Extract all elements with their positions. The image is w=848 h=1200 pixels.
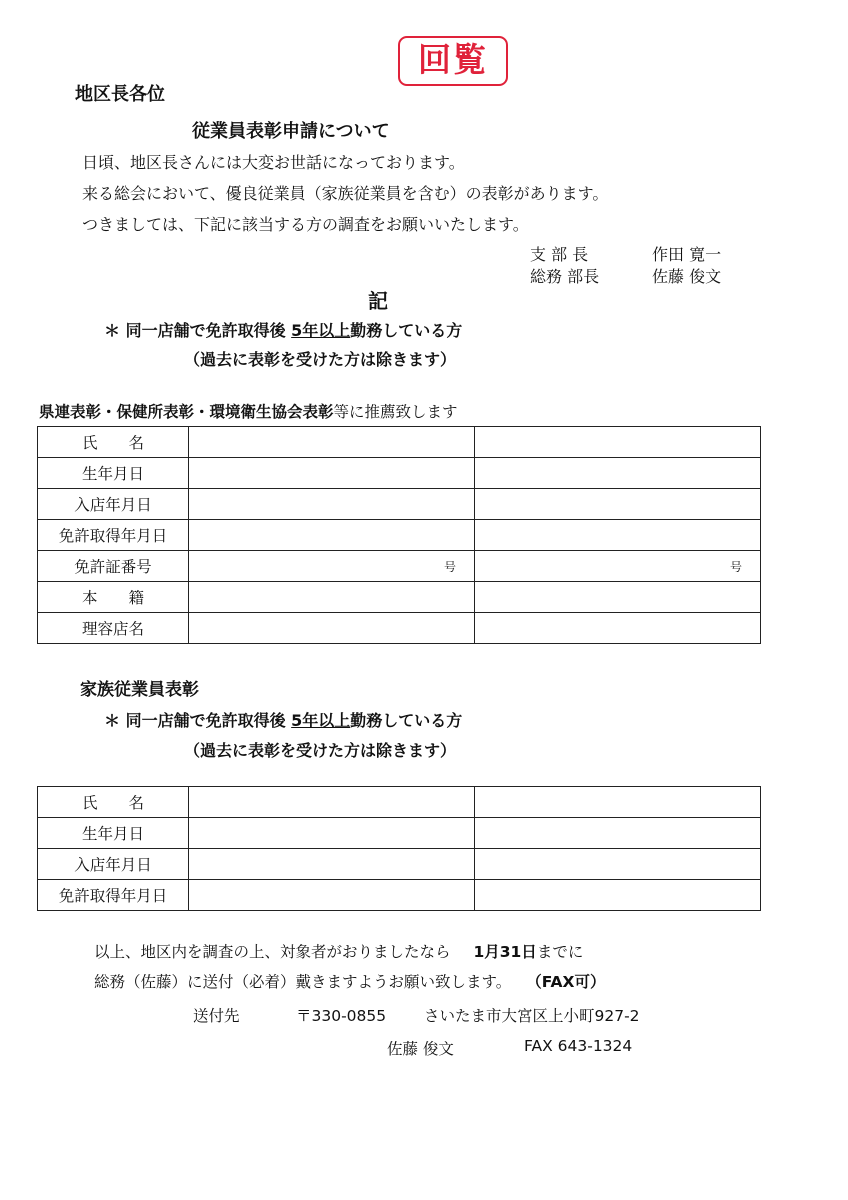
entry-field[interactable]: [475, 818, 761, 849]
entry-field[interactable]: [475, 427, 761, 458]
entry-field[interactable]: [189, 849, 475, 880]
award-types: 県連表彰・保健所表彰・環境衛生協会表彰: [39, 403, 334, 421]
signatory-role-2: 総務 部長: [530, 264, 599, 287]
footer-line-1: 以上、地区内を調査の上、対象者がおりましたなら 1月31日までに: [94, 940, 583, 962]
entry-field[interactable]: [475, 880, 761, 911]
footer-text: 以上、地区内を調査の上、対象者がおりましたなら: [94, 943, 451, 961]
criteria-years: 5年以上: [291, 321, 350, 340]
entry-field[interactable]: [189, 880, 475, 911]
table-row: 免許証番号号号: [38, 551, 761, 582]
row-label: 免許取得年月日: [38, 880, 189, 911]
criteria-2: ＊ 同一店舗で免許取得後 5年以上勤務している方: [104, 708, 462, 731]
table-row: 氏 名: [38, 427, 761, 458]
send-to-label: 送付先: [193, 1004, 240, 1026]
contact-name: 佐藤 俊文: [387, 1037, 454, 1059]
criteria-suffix: 勤務している方: [350, 711, 462, 730]
entry-field[interactable]: [475, 458, 761, 489]
entry-field[interactable]: [475, 849, 761, 880]
row-label: 氏 名: [38, 787, 189, 818]
document-title: 従業員表彰申請について: [192, 117, 390, 143]
criteria-1: ＊ 同一店舗で免許取得後 5年以上勤務している方: [104, 318, 462, 341]
recommend-line: 県連表彰・保健所表彰・環境衛生協会表彰等に推薦致します: [39, 400, 458, 422]
row-label: 入店年月日: [38, 849, 189, 880]
entry-field[interactable]: [189, 818, 475, 849]
exclusion-2: （過去に表彰を受けた方は除きます）: [184, 738, 456, 761]
entry-field[interactable]: [189, 427, 475, 458]
criteria-prefix: ＊ 同一店舗で免許取得後: [104, 711, 291, 730]
table-row: 入店年月日: [38, 849, 761, 880]
family-employee-award-form: 氏 名 生年月日 入店年月日 免許取得年月日: [37, 786, 761, 911]
entry-field[interactable]: [189, 520, 475, 551]
row-label: 本 籍: [38, 582, 189, 613]
family-section-heading: 家族従業員表彰: [80, 675, 199, 700]
table-row: 本 籍: [38, 582, 761, 613]
exclusion-1: （過去に表彰を受けた方は除きます）: [184, 347, 456, 370]
entry-field[interactable]: [189, 582, 475, 613]
address: さいたま市大宮区上小町927-2: [424, 1004, 640, 1026]
postal-code: 〒330-0855: [296, 1004, 386, 1026]
table-row: 氏 名: [38, 787, 761, 818]
row-label: 免許取得年月日: [38, 520, 189, 551]
table-row: 生年月日: [38, 458, 761, 489]
employee-award-form: 氏 名 生年月日 入店年月日 免許取得年月日 免許証番号号号 本 籍 理容店名: [37, 426, 761, 644]
footer-text: 総務（佐藤）に送付（必着）戴きますようお願い致します。: [94, 973, 511, 991]
entry-field[interactable]: [189, 787, 475, 818]
entry-field[interactable]: [475, 787, 761, 818]
intro-line-2: 来る総会において、優良従業員（家族従業員を含む）の表彰があります。: [82, 181, 608, 204]
row-label: 理容店名: [38, 613, 189, 644]
deadline: 1月31日: [473, 943, 536, 961]
license-number-field[interactable]: 号: [189, 551, 475, 582]
table-row: 免許取得年月日: [38, 520, 761, 551]
row-label: 生年月日: [38, 818, 189, 849]
criteria-years: 5年以上: [291, 711, 350, 730]
number-suffix: 号: [730, 558, 742, 575]
table-row: 免許取得年月日: [38, 880, 761, 911]
entry-field[interactable]: [189, 613, 475, 644]
table-row: 生年月日: [38, 818, 761, 849]
table-row: 入店年月日: [38, 489, 761, 520]
number-suffix: 号: [444, 558, 456, 575]
row-label: 免許証番号: [38, 551, 189, 582]
entry-field[interactable]: [475, 582, 761, 613]
license-number-field[interactable]: 号: [475, 551, 761, 582]
criteria-suffix: 勤務している方: [350, 321, 462, 340]
table-row: 理容店名: [38, 613, 761, 644]
entry-field[interactable]: [475, 520, 761, 551]
ki-heading: 記: [368, 285, 388, 314]
row-label: 生年月日: [38, 458, 189, 489]
entry-field[interactable]: [475, 489, 761, 520]
entry-field[interactable]: [189, 489, 475, 520]
footer-text-end: までに: [537, 943, 584, 961]
row-label: 氏 名: [38, 427, 189, 458]
signatory-name-1: 作田 寛一: [652, 242, 721, 265]
addressee: 地区長各位: [75, 80, 165, 106]
criteria-prefix: ＊ 同一店舗で免許取得後: [104, 321, 291, 340]
intro-line-3: つきましては、下記に該当する方の調査をお願いいたします。: [82, 212, 529, 235]
entry-field[interactable]: [475, 613, 761, 644]
entry-field[interactable]: [189, 458, 475, 489]
row-label: 入店年月日: [38, 489, 189, 520]
fax-ok-note: （FAX可）: [526, 973, 605, 991]
footer-line-2: 総務（佐藤）に送付（必着）戴きますようお願い致します。 （FAX可）: [94, 970, 605, 992]
intro-line-1: 日頃、地区長さんには大変お世話になっております。: [82, 150, 465, 173]
recommend-rest: 等に推薦致します: [334, 403, 458, 421]
signatory-role-1: 支 部 長: [530, 242, 588, 265]
fax-number: FAX 643-1324: [524, 1037, 632, 1055]
signatory-name-2: 佐藤 俊文: [652, 264, 721, 287]
circulation-stamp: 回覧: [398, 36, 508, 86]
